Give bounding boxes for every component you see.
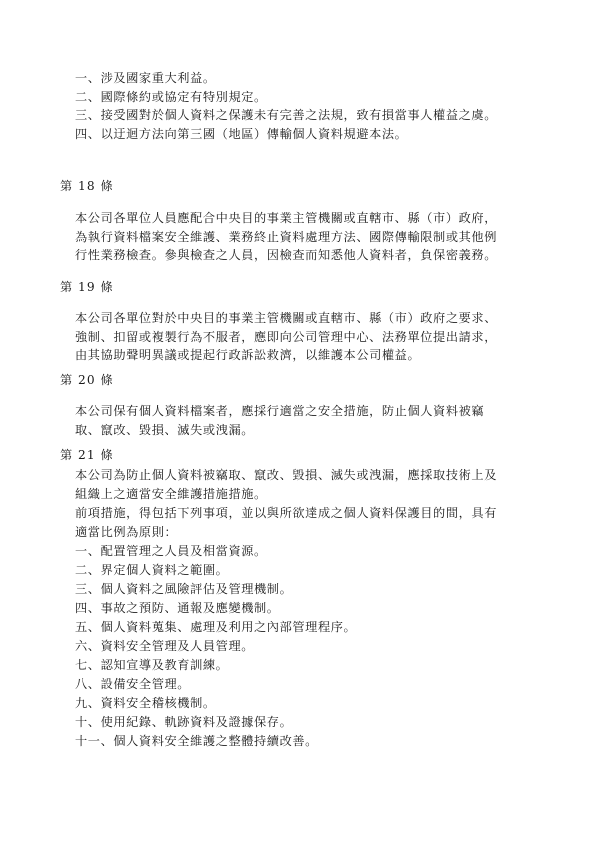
list-item: 一、涉及國家重大利益。: [75, 71, 216, 85]
list-item: 十、使用紀錄、軌跡資料及證據保存。: [75, 715, 292, 729]
article-18-text: 行性業務檢查。參與檢查之人員，因檢查而知悉他人資料者，負保密義務。: [75, 248, 497, 262]
list-item: 八、設備安全管理。: [75, 677, 190, 691]
article-21-text: 適當比例為原則：: [75, 525, 177, 539]
list-item: 六、資料安全管理及人員管理。: [75, 639, 254, 653]
article-18-heading: 第 18 條: [60, 179, 114, 193]
article-18-text: 本公司各單位人員應配合中央目的事業主管機關或直轄市、縣（市）政府，: [75, 211, 497, 225]
list-item: 三、個人資料之風險評估及管理機制。: [75, 582, 292, 596]
article-20-text: 本公司保有個人資料檔案者，應採行適當之安全措施，防止個人資料被竊: [75, 404, 484, 418]
article-19-text: 強制、扣留或複製行為不服者，應即向公司管理中心、法務單位提出請求，: [75, 330, 497, 344]
article-18-text: 為執行資料檔案安全維護、業務終止資料處理方法、國際傳輸限制或其他例: [75, 230, 497, 244]
article-19-text: 本公司各單位對於中央目的事業主管機關或直轄市、縣（市）政府之要求、: [75, 311, 497, 325]
document-page: 一、涉及國家重大利益。 二、國際條約或協定有特別規定。 三、接受國對於個人資料之…: [0, 0, 595, 842]
article-19-heading: 第 19 條: [60, 280, 114, 294]
article-20-heading: 第 20 條: [60, 373, 114, 387]
list-item: 九、資料安全稽核機制。: [75, 696, 216, 710]
list-item: 七、認知宣導及教育訓練。: [75, 658, 228, 672]
list-item: 二、界定個人資料之範圍。: [75, 563, 228, 577]
article-21-text: 前項措施，得包括下列事項，並以與所欲達成之個人資料保護目的間，具有: [75, 506, 497, 520]
article-19-text: 由其協助聲明異議或提起行政訴訟救濟，以維護本公司權益。: [75, 348, 420, 362]
list-item: 一、配置管理之人員及相當資源。: [75, 544, 267, 558]
list-item: 四、事故之預防、通報及應變機制。: [75, 601, 280, 615]
list-item: 三、接受國對於個人資料之保護未有完善之法規，致有損當事人權益之虞。: [75, 108, 497, 122]
article-21-text: 組織上之適當安全維護措施措施。: [75, 487, 267, 501]
list-item: 五、個人資料蒐集、處理及利用之內部管理程序。: [75, 620, 356, 634]
article-21-heading: 第 21 條: [60, 448, 114, 462]
article-21-text: 本公司為防止個人資料被竊取、竄改、毀損、滅失或洩漏，應採取技術上及: [75, 468, 497, 482]
list-item: 二、國際條約或協定有特別規定。: [75, 90, 267, 104]
article-20-text: 取、竄改、毀損、滅失或洩漏。: [75, 423, 254, 437]
list-item: 十一、個人資料安全維護之整體持續改善。: [75, 734, 318, 748]
list-item: 四、以迂迴方法向第三國（地區）傳輸個人資料規避本法。: [75, 127, 407, 141]
